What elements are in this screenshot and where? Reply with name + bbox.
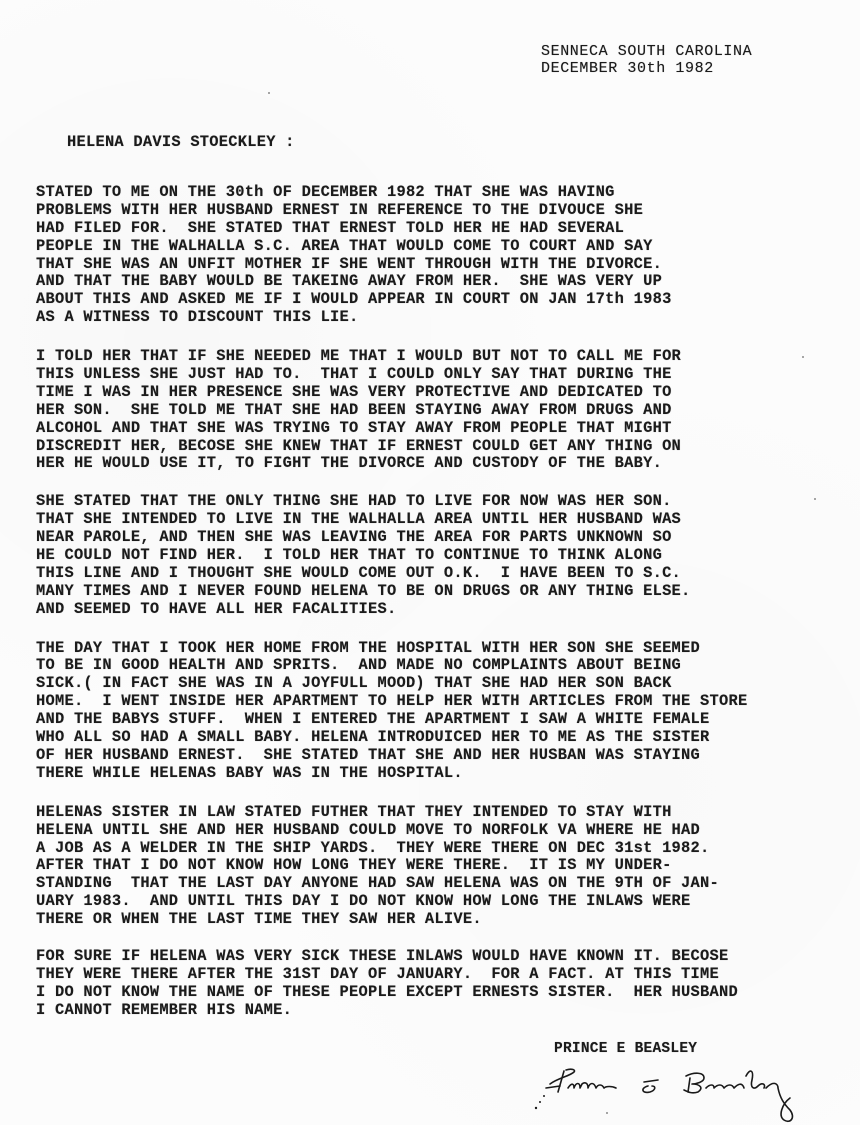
text-line: AND SEEMED TO HAVE ALL HER FACALITIES. — [36, 601, 836, 619]
document-page: SENNECA SOUTH CAROLINA DECEMBER 30th 198… — [0, 0, 860, 1125]
text-line: SHE STATED THAT THE ONLY THING SHE HAD T… — [36, 493, 836, 511]
text-line: I TOLD HER THAT IF SHE NEEDED ME THAT I … — [36, 348, 836, 366]
text-line: HOME. I WENT INSIDE HER APARTMENT TO HEL… — [36, 693, 836, 711]
text-line: HAD FILED FOR. SHE STATED THAT ERNEST TO… — [36, 220, 836, 238]
text-line: UARY 1983. AND UNTIL THIS DAY I DO NOT K… — [36, 893, 836, 911]
paper-speck — [802, 356, 804, 358]
text-line: HELENA UNTIL SHE AND HER HUSBAND COULD M… — [36, 822, 836, 840]
text-line: TIME I WAS IN HER PRESENCE SHE WAS VERY … — [36, 384, 836, 402]
text-line: THE DAY THAT I TOOK HER HOME FROM THE HO… — [36, 640, 836, 658]
paragraph-2: I TOLD HER THAT IF SHE NEEDED ME THAT I … — [36, 348, 836, 473]
text-line: AFTER THAT I DO NOT KNOW HOW LONG THEY W… — [36, 857, 836, 875]
date-line: DECEMBER 30th 1982 — [541, 60, 752, 77]
text-line: OF HER HUSBAND ERNEST. SHE STATED THAT S… — [36, 747, 836, 765]
text-line: DISCREDIT HER, BECOSE SHE KNEW THAT IF E… — [36, 438, 836, 456]
text-line: WHO ALL SO HAD A SMALL BABY. HELENA INTR… — [36, 729, 836, 747]
text-line: AND THAT THE BABY WOULD BE TAKEING AWAY … — [36, 273, 836, 291]
paragraph-6: FOR SURE IF HELENA WAS VERY SICK THESE I… — [36, 948, 836, 1020]
text-line: THEY WERE THERE AFTER THE 31ST DAY OF JA… — [36, 966, 836, 984]
paragraph-4: THE DAY THAT I TOOK HER HOME FROM THE HO… — [36, 640, 836, 783]
text-line: ABOUT THIS AND ASKED ME IF I WOULD APPEA… — [36, 291, 836, 309]
text-line: HE COULD NOT FIND HER. I TOLD HER THAT T… — [36, 547, 836, 565]
location-line: SENNECA SOUTH CAROLINA — [541, 43, 752, 60]
letter-body: STATED TO ME ON THE 30th OF DECEMBER 198… — [36, 184, 836, 1039]
paper-speck — [694, 990, 696, 992]
text-line: THAT SHE INTENDED TO LIVE IN THE WALHALL… — [36, 511, 836, 529]
paper-speck — [814, 498, 816, 500]
paragraph-1: STATED TO ME ON THE 30th OF DECEMBER 198… — [36, 184, 836, 327]
text-line: THIS UNLESS SHE JUST HAD TO. THAT I COUL… — [36, 366, 836, 384]
signature-block: PRINCE E BEASLEY — [554, 1041, 697, 1057]
text-line: NEAR PAROLE, AND THEN SHE WAS LEAVING TH… — [36, 529, 836, 547]
text-line: THERE OR WHEN THE LAST TIME THEY SAW HER… — [36, 911, 836, 929]
text-line: ALCOHOL AND THAT SHE WAS TRYING TO STAY … — [36, 420, 836, 438]
paper-speck — [268, 92, 270, 94]
text-line: HER HE WOULD USE IT, TO FIGHT THE DIVORC… — [36, 455, 836, 473]
text-line: STATED TO ME ON THE 30th OF DECEMBER 198… — [36, 184, 836, 202]
text-line: PEOPLE IN THE WALHALLA S.C. AREA THAT WO… — [36, 238, 836, 256]
text-line: MANY TIMES AND I NEVER FOUND HELENA TO B… — [36, 583, 836, 601]
paper-speck — [606, 1112, 608, 1114]
text-line: I DO NOT KNOW THE NAME OF THESE PEOPLE E… — [36, 984, 836, 1002]
text-line: HELENAS SISTER IN LAW STATED FUTHER THAT… — [36, 804, 836, 822]
paragraph-5: HELENAS SISTER IN LAW STATED FUTHER THAT… — [36, 804, 836, 929]
salutation: HELENA DAVIS STOECKLEY : — [67, 133, 295, 151]
text-line: I CANNOT REMEMBER HIS NAME. — [36, 1002, 836, 1020]
text-line: TO BE IN GOOD HEALTH AND SPRITS. AND MAD… — [36, 657, 836, 675]
text-line: AS A WITNESS TO DISCOUNT THIS LIE. — [36, 309, 836, 327]
text-line: SICK.( IN FACT SHE WAS IN A JOYFULL MOOD… — [36, 675, 836, 693]
paragraph-3: SHE STATED THAT THE ONLY THING SHE HAD T… — [36, 493, 836, 618]
text-line: FOR SURE IF HELENA WAS VERY SICK THESE I… — [36, 948, 836, 966]
text-line: PROBLEMS WITH HER HUSBAND ERNEST IN REFE… — [36, 202, 836, 220]
text-line: STANDING THAT THE LAST DAY ANYONE HAD SA… — [36, 875, 836, 893]
text-line: A JOB AS A WELDER IN THE SHIP YARDS. THE… — [36, 840, 836, 858]
text-line: THERE WHILE HELENAS BABY WAS IN THE HOSP… — [36, 765, 836, 783]
printed-name: PRINCE E BEASLEY — [554, 1041, 697, 1057]
text-line: THAT SHE WAS AN UNFIT MOTHER IF SHE WENT… — [36, 256, 836, 274]
text-line: AND THE BABYS STUFF. WHEN I ENTERED THE … — [36, 711, 836, 729]
text-line: HER SON. SHE TOLD ME THAT SHE HAD BEEN S… — [36, 402, 836, 420]
letter-header: SENNECA SOUTH CAROLINA DECEMBER 30th 198… — [541, 43, 752, 77]
handwritten-signature — [528, 1058, 818, 1124]
text-line: THIS LINE AND I THOUGHT SHE WOULD COME O… — [36, 565, 836, 583]
